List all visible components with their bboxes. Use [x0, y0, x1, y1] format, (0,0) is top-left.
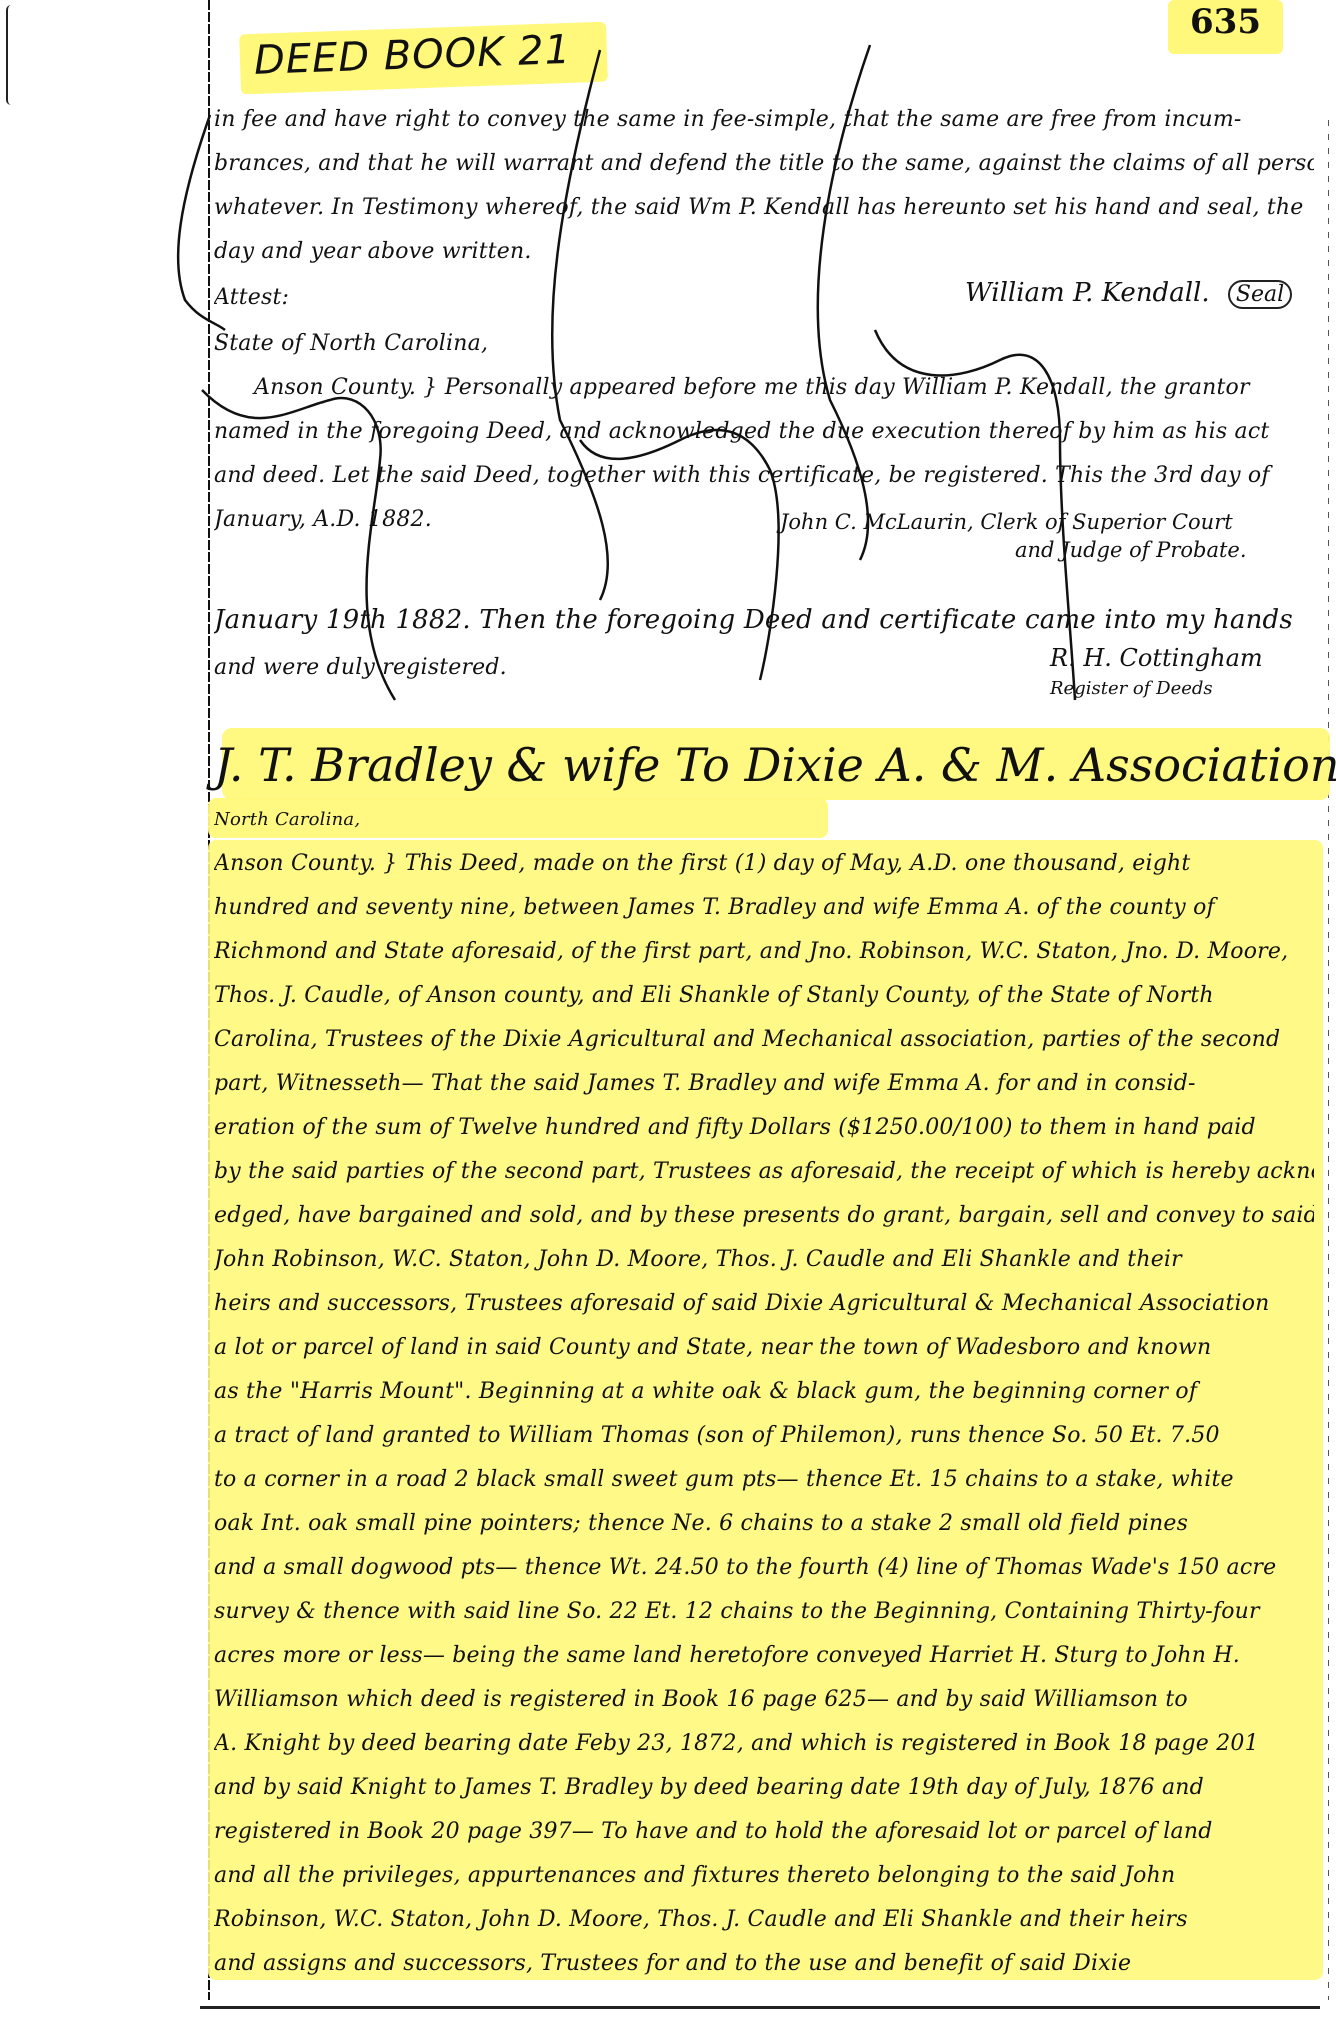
text-line: Richmond and State aforesaid, of the fir… [214, 930, 1314, 974]
text-line: registered in Book 20 page 397— To have … [214, 1810, 1314, 1854]
previous-deed-text: in fee and have right to convey the same… [214, 98, 1314, 274]
clerk-signature: John C. McLaurin, Clerk of Superior Cour… [780, 510, 1233, 534]
text-line: and a small dogwood pts— thence Wt. 24.5… [214, 1546, 1314, 1590]
text-line: oak Int. oak small pine pointers; thence… [214, 1502, 1314, 1546]
text-line: and all the privileges, appurtenances an… [214, 1854, 1314, 1898]
text-line: by the said parties of the second part, … [214, 1150, 1314, 1194]
text-line: John Robinson, W.C. Staton, John D. Moor… [214, 1238, 1314, 1282]
state-label: North Carolina, [214, 798, 1314, 842]
text-line: to a corner in a road 2 black small swee… [214, 1458, 1314, 1502]
register-title: Register of Deeds [1050, 678, 1213, 699]
deed-book-page: DEED BOOK 21 635 in fee and have right t… [0, 0, 1336, 2018]
text-line: Anson County. } Personally appeared befo… [214, 366, 1314, 410]
text-line: acres more or less— being the same land … [214, 1634, 1314, 1678]
book-title: DEED BOOK 21 [239, 22, 608, 95]
text-line: hundred and seventy nine, between James … [214, 886, 1314, 930]
acknowledgment-certificate: State of North Carolina, Anson County. }… [214, 322, 1314, 542]
text-line: Robinson, W.C. Staton, John D. Moore, Th… [214, 1898, 1314, 1942]
text-line: Williamson which deed is registered in B… [214, 1678, 1314, 1722]
text-line: a tract of land granted to William Thoma… [214, 1414, 1314, 1458]
new-deed-text: North Carolina, Anson County. } This Dee… [214, 798, 1314, 1986]
text-line: as the "Harris Mount". Beginning at a wh… [214, 1370, 1314, 1414]
register-signature: R. H. Cottingham [1050, 644, 1263, 672]
text-line: and by said Knight to James T. Bradley b… [214, 1766, 1314, 1810]
state-label: State of North Carolina, [214, 322, 1314, 366]
text-line: a lot or parcel of land in said County a… [214, 1326, 1314, 1370]
text-line: and deed. Let the said Deed, together wi… [214, 454, 1314, 498]
text-line: Carolina, Trustees of the Dixie Agricult… [214, 1018, 1314, 1062]
clerk-title: and Judge of Probate. [1015, 538, 1247, 562]
left-edge-mark [6, 5, 16, 105]
right-margin-rule [1328, 120, 1329, 2000]
deed-heading: J. T. Bradley & wife To Dixie A. & M. As… [214, 735, 1324, 795]
text-line: A. Knight by deed bearing date Feby 23, … [214, 1722, 1314, 1766]
text-line: named in the foregoing Deed, and acknowl… [214, 410, 1314, 454]
text-line: heirs and successors, Trustees aforesaid… [214, 1282, 1314, 1326]
seal-mark: Seal [1228, 280, 1292, 309]
text-line: eration of the sum of Twelve hundred and… [214, 1106, 1314, 1150]
text-line: whatever. In Testimony whereof, the said… [214, 186, 1314, 230]
text-line: brances, and that he will warrant and de… [214, 142, 1314, 186]
text-line: Thos. J. Caudle, of Anson county, and El… [214, 974, 1314, 1018]
grantor-signature-text: William P. Kendall. [965, 278, 1210, 308]
grantor-signature: William P. Kendall. Seal [965, 278, 1292, 309]
text-line: in fee and have right to convey the same… [214, 98, 1314, 142]
bottom-rule [200, 2006, 1320, 2009]
text-line: edged, have bargained and sold, and by t… [214, 1194, 1314, 1238]
text-line: Anson County. } This Deed, made on the f… [214, 842, 1314, 886]
text-line: and assigns and successors, Trustees for… [214, 1942, 1314, 1986]
text-line: January 19th 1882. Then the foregoing De… [214, 596, 1314, 644]
text-line: day and year above written. [214, 230, 1314, 274]
text-line: part, Witnesseth— That the said James T.… [214, 1062, 1314, 1106]
text-line: survey & thence with said line So. 22 Et… [214, 1590, 1314, 1634]
page-number: 635 [1168, 0, 1283, 54]
